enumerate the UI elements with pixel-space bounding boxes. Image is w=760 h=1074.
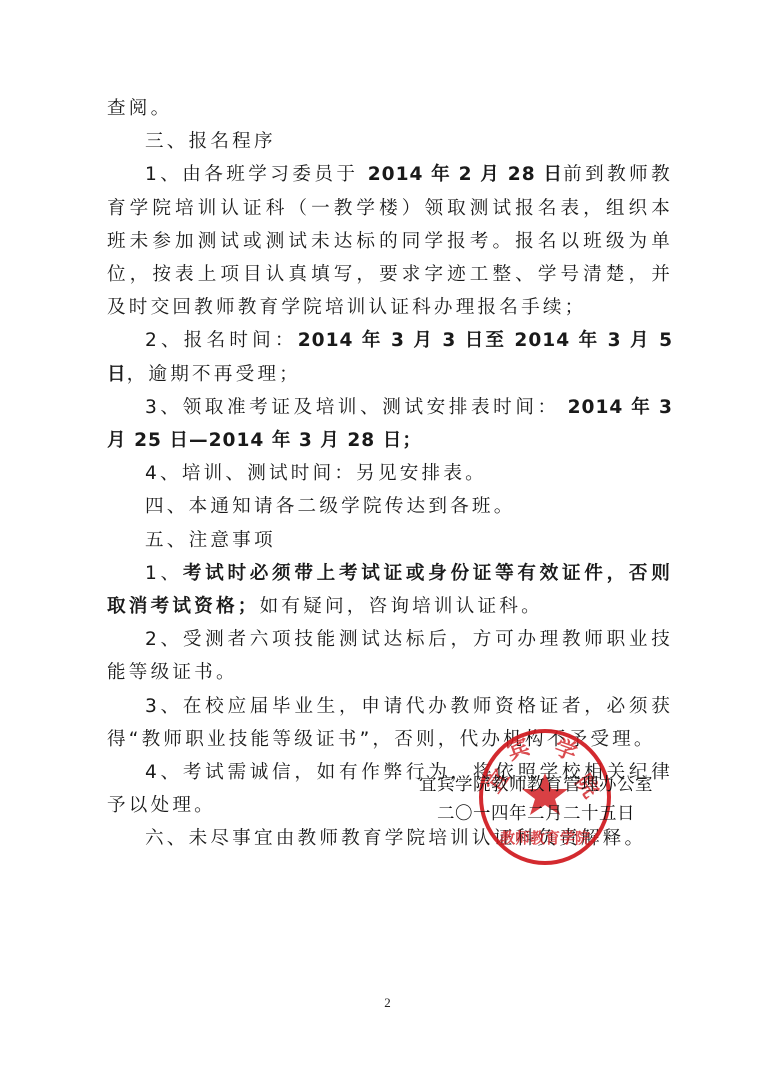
- text-run: 五、注意事项: [145, 530, 276, 551]
- section-heading-registration: 三、报名程序: [107, 125, 673, 158]
- page-number: 2: [0, 995, 760, 1011]
- issue-date: 二〇一四年二月二十五日: [400, 800, 672, 825]
- text-run: 2、报名时间：: [145, 330, 298, 351]
- text-run: 1、由各班学习委员于: [145, 164, 368, 185]
- text-run: 1、: [145, 563, 183, 584]
- section-heading-notice: 四、本通知请各二级学院传达到各班。: [107, 490, 673, 523]
- paragraph-p3: 2、报名时间：2014 年 3 月 3 日至 2014 年 3 月 5 日，逾期…: [107, 324, 673, 390]
- text-run: ，逾期不再受理；: [127, 364, 301, 385]
- text-run: 查阅。: [107, 98, 172, 119]
- seal-bottom-text: 教师教育学院: [500, 829, 590, 847]
- paragraph-p5: 4、培训、测试时间：另见安排表。: [107, 457, 673, 490]
- seal-arc-char: 宾: [503, 734, 533, 766]
- document-page: 查阅。 三、报名程序 1、由各班学习委员于 2014 年 2 月 28 日前到教…: [0, 0, 760, 1074]
- issuer-name: 宜宾学院教师教育管理办公室: [400, 771, 672, 796]
- text-run: 前到教师教育学院培训认证科（一教学楼）领取测试报名表，组织本班未参加测试或测试未…: [107, 164, 673, 318]
- official-seal: 宜 宾 学 院 教师教育学院: [477, 727, 613, 867]
- text-run: 如有疑问，咨询培训认证科。: [260, 596, 543, 617]
- paragraph-p0: 查阅。: [107, 92, 673, 125]
- paragraph-p8: 1、考试时必须带上考试证或身份证等有效证件，否则取消考试资格；如有疑问，咨询培训…: [107, 557, 673, 623]
- text-run: 4、培训、测试时间：另见安排表。: [145, 463, 487, 484]
- section-heading-notes: 五、注意事项: [107, 524, 673, 557]
- text-run: 3、领取准考证及培训、测试安排表时间：: [145, 397, 560, 418]
- paragraph-p4: 3、领取准考证及培训、测试安排表时间： 2014 年 3 月 25 日—2014…: [107, 391, 673, 457]
- text-run: 四、本通知请各二级学院传达到各班。: [145, 496, 516, 517]
- paragraph-p9: 2、受测者六项技能测试达标后，方可办理教师职业技能等级证书。: [107, 623, 673, 689]
- paragraph-p2: 1、由各班学习委员于 2014 年 2 月 28 日前到教师教育学院培训认证科（…: [107, 158, 673, 324]
- text-run: 2、受测者六项技能测试达标后，方可办理教师职业技能等级证书。: [107, 629, 673, 683]
- text-run: 三、报名程序: [145, 131, 276, 152]
- bold-date: 2014 年 2 月 28 日: [368, 164, 563, 185]
